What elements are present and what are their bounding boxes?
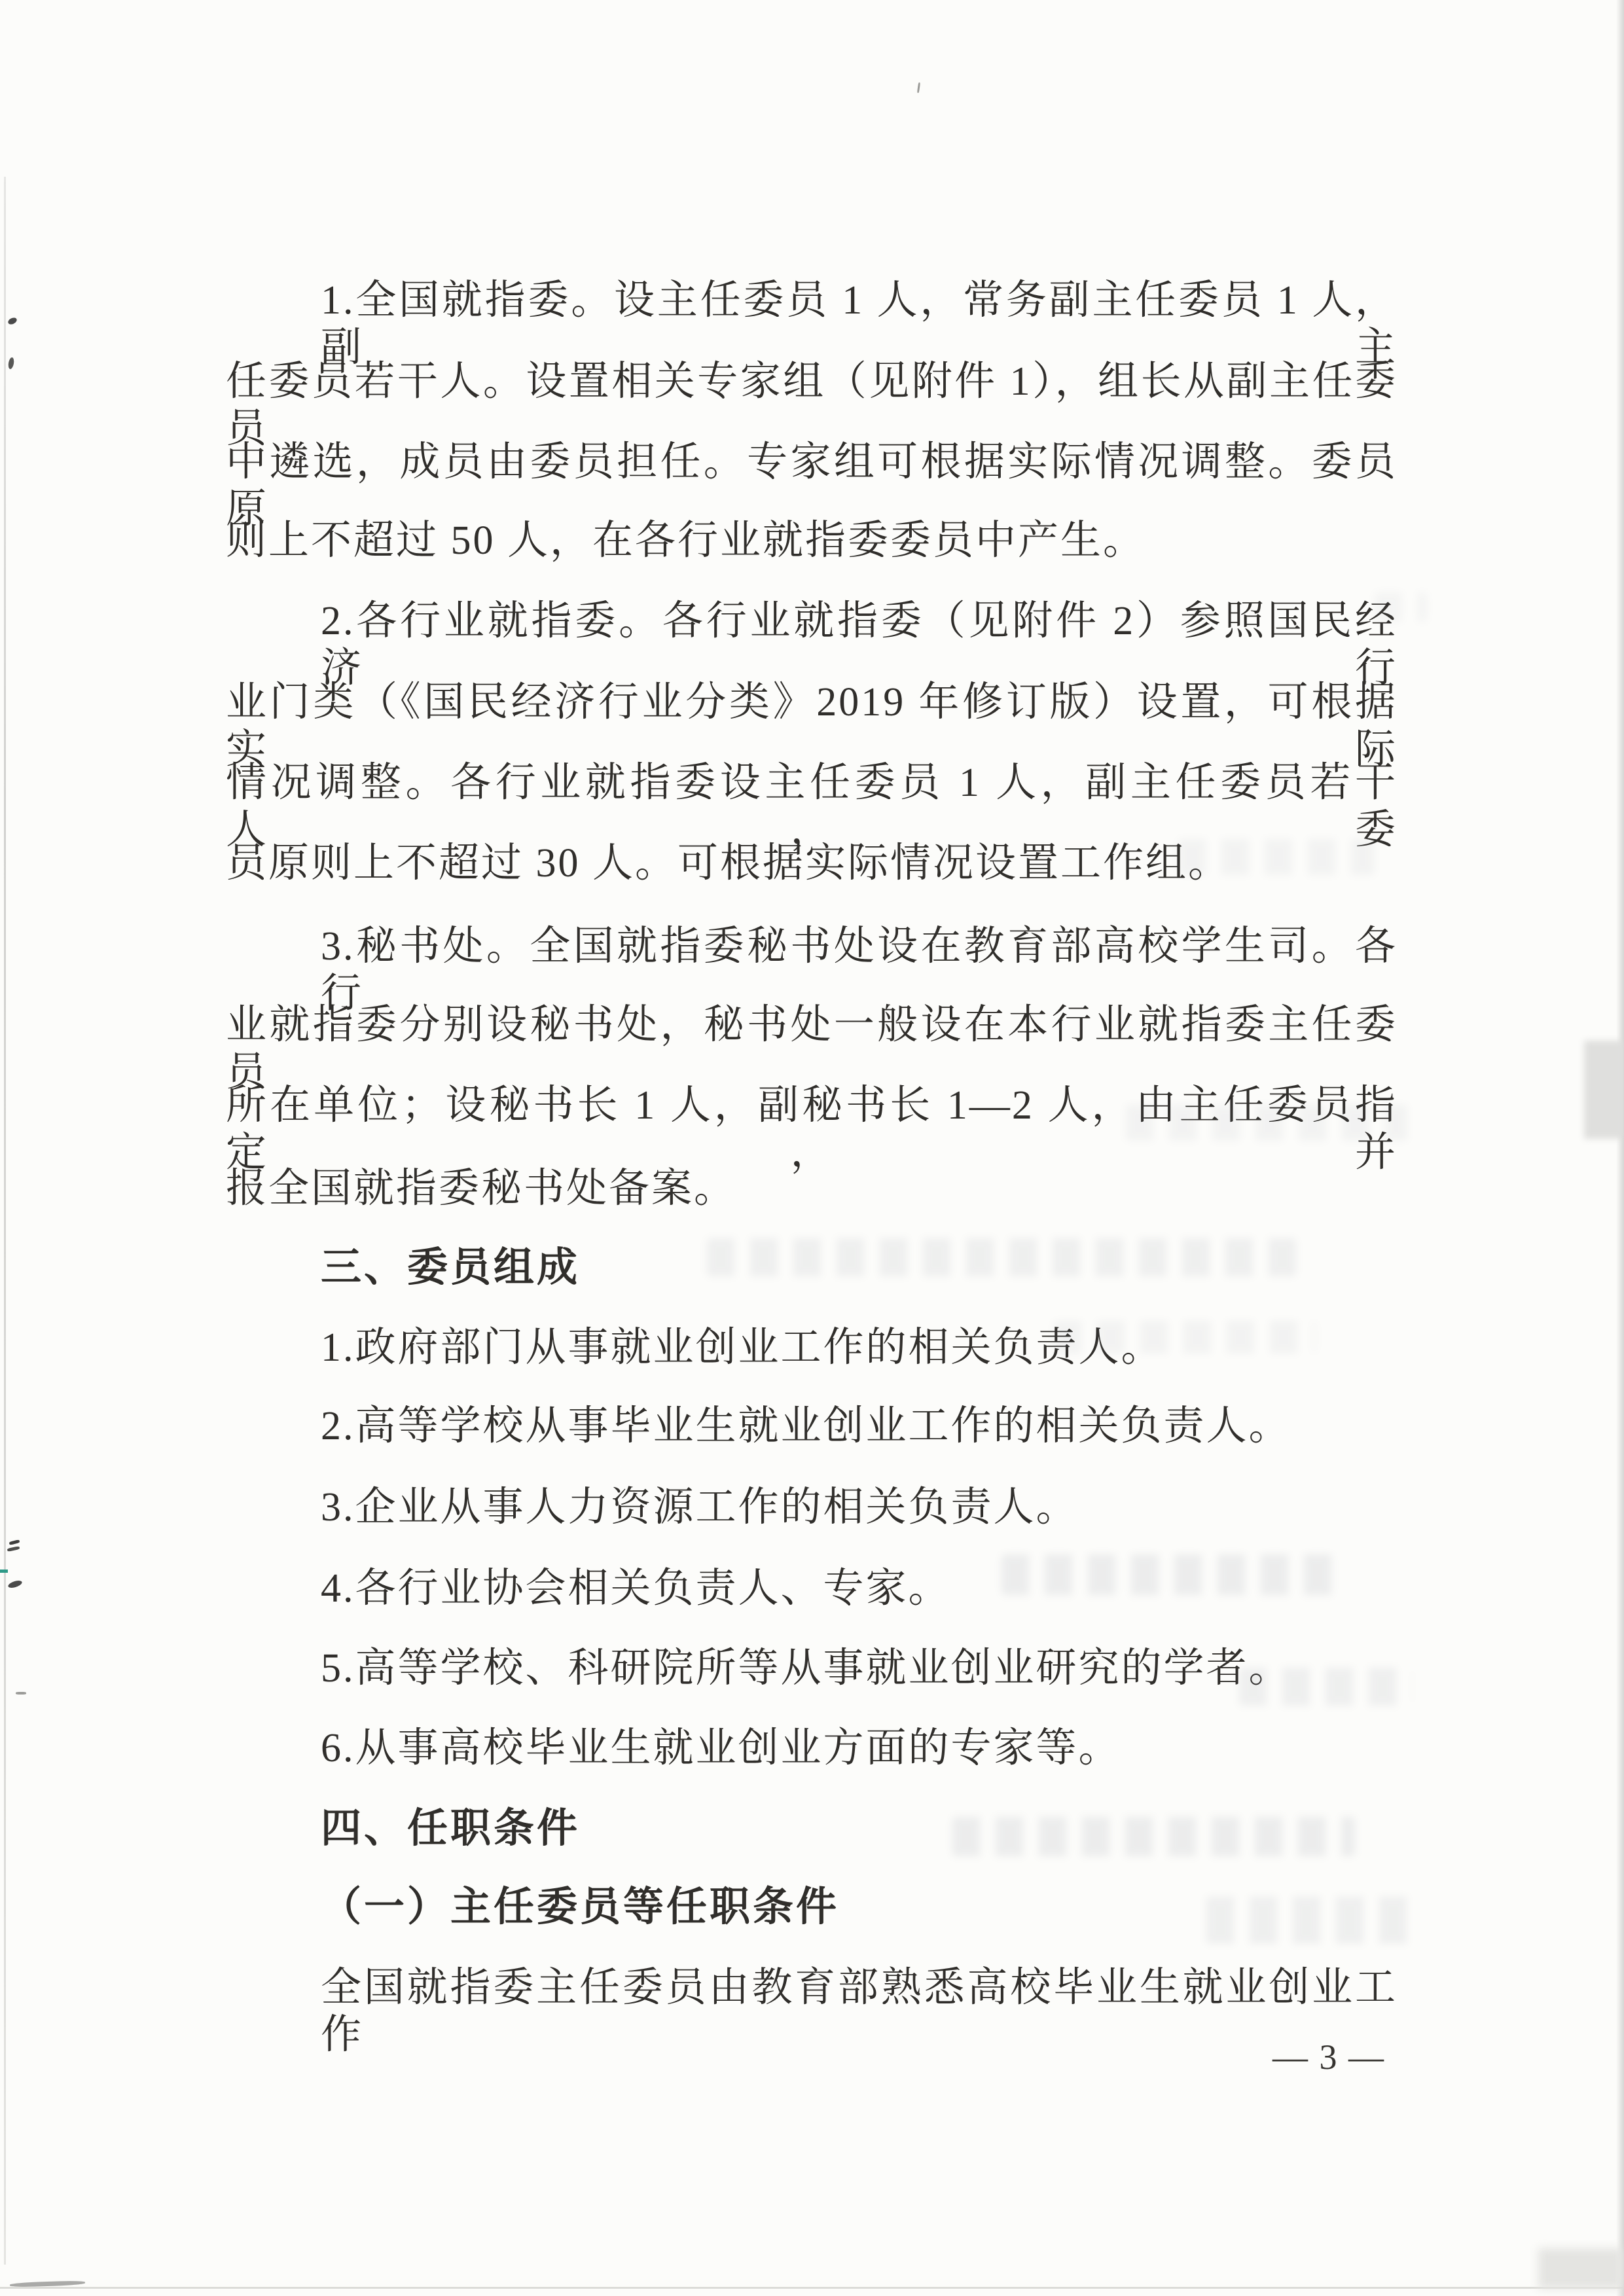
bleed-through-smudge (707, 1238, 1296, 1276)
scan-smudge (1538, 2248, 1623, 2289)
scan-speck (7, 1579, 23, 1589)
bleed-through-smudge (1178, 839, 1375, 875)
scanned-document-page: 1.全国就指委。设主任委员 1 人，常务副主任委员 1 人，副主 任委员若干人。… (0, 0, 1624, 2296)
list-item: 3.企业从事人力资源工作的相关负责人。 (226, 1484, 1398, 1531)
scan-edge-line-left (4, 177, 6, 2265)
bleed-through-smudge (1206, 1897, 1416, 1944)
scan-smudge (1584, 1041, 1623, 1139)
list-item: 5.高等学校、科研院所等从事就业创业研究的学者。 (226, 1645, 1398, 1692)
scan-speck (9, 1539, 20, 1545)
body-line: 全国就指委主任委员由教育部熟悉高校毕业生就业创业工作 (226, 1964, 1398, 2058)
body-line: 1.全国就指委。设主任委员 1 人，常务副主任委员 1 人，副主 (226, 277, 1398, 371)
bleed-through-smudge (1001, 1554, 1335, 1595)
bleed-through-smudge (1375, 592, 1427, 622)
list-item: 6.从事高校毕业生就业创业方面的专家等。 (226, 1725, 1398, 1772)
bleed-through-smudge (1239, 1668, 1413, 1706)
list-item: 2.高等学校从事毕业生就业创业工作的相关负责人。 (226, 1403, 1398, 1450)
page-number: — 3 — (1244, 2037, 1414, 2077)
scan-edge-line-bottom (0, 2287, 1624, 2289)
bleed-through-smudge (952, 1817, 1355, 1856)
body-line: 则上不超过 50 人，在各行业就指委委员中产生。 (226, 517, 1398, 564)
bleed-through-smudge (1126, 1105, 1407, 1141)
scan-speck (7, 357, 14, 369)
scan-speck (917, 82, 920, 93)
scan-speck (7, 316, 18, 325)
body-line: 报全国就指委秘书处备案。 (226, 1165, 1398, 1212)
scan-edge-shadow-right (1616, 0, 1624, 2296)
body-line: 2.各行业就指委。各行业就指委（见附件 2）参照国民经济行 (226, 598, 1398, 692)
scan-speck-teal (0, 1570, 8, 1573)
bleed-through-smudge (1054, 1321, 1316, 1354)
scan-speck (16, 1692, 26, 1695)
scan-speck (7, 1546, 20, 1552)
